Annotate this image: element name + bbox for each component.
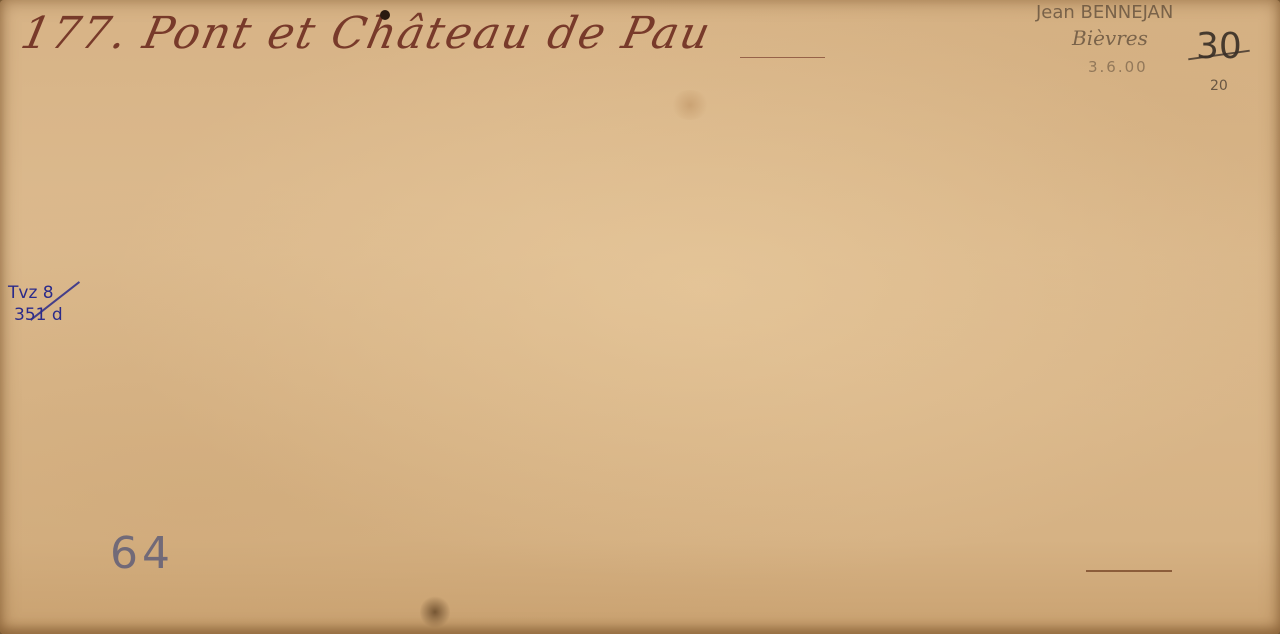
seller-place: Bièvres xyxy=(1072,26,1148,50)
handwritten-title: 177. Pont et Château de Pau xyxy=(17,8,717,59)
price-crossed-out: 30 xyxy=(1196,26,1242,67)
seller-name: Jean BENNEJAN xyxy=(1036,2,1173,23)
title-underline xyxy=(740,57,825,58)
lot-number: 64 xyxy=(110,528,174,579)
stereoview-card-back: 177. Pont et Château de Pau Jean BENNEJA… xyxy=(0,0,1280,634)
price-new: 20 xyxy=(1210,78,1228,94)
ink-line-mark xyxy=(1086,570,1172,572)
paper-stain xyxy=(670,90,710,120)
ink-stain xyxy=(420,595,450,629)
inventory-code-line1: Tvz 8 xyxy=(8,283,54,303)
seller-date: 3.6.00 xyxy=(1088,58,1148,76)
ink-dot xyxy=(380,10,390,20)
